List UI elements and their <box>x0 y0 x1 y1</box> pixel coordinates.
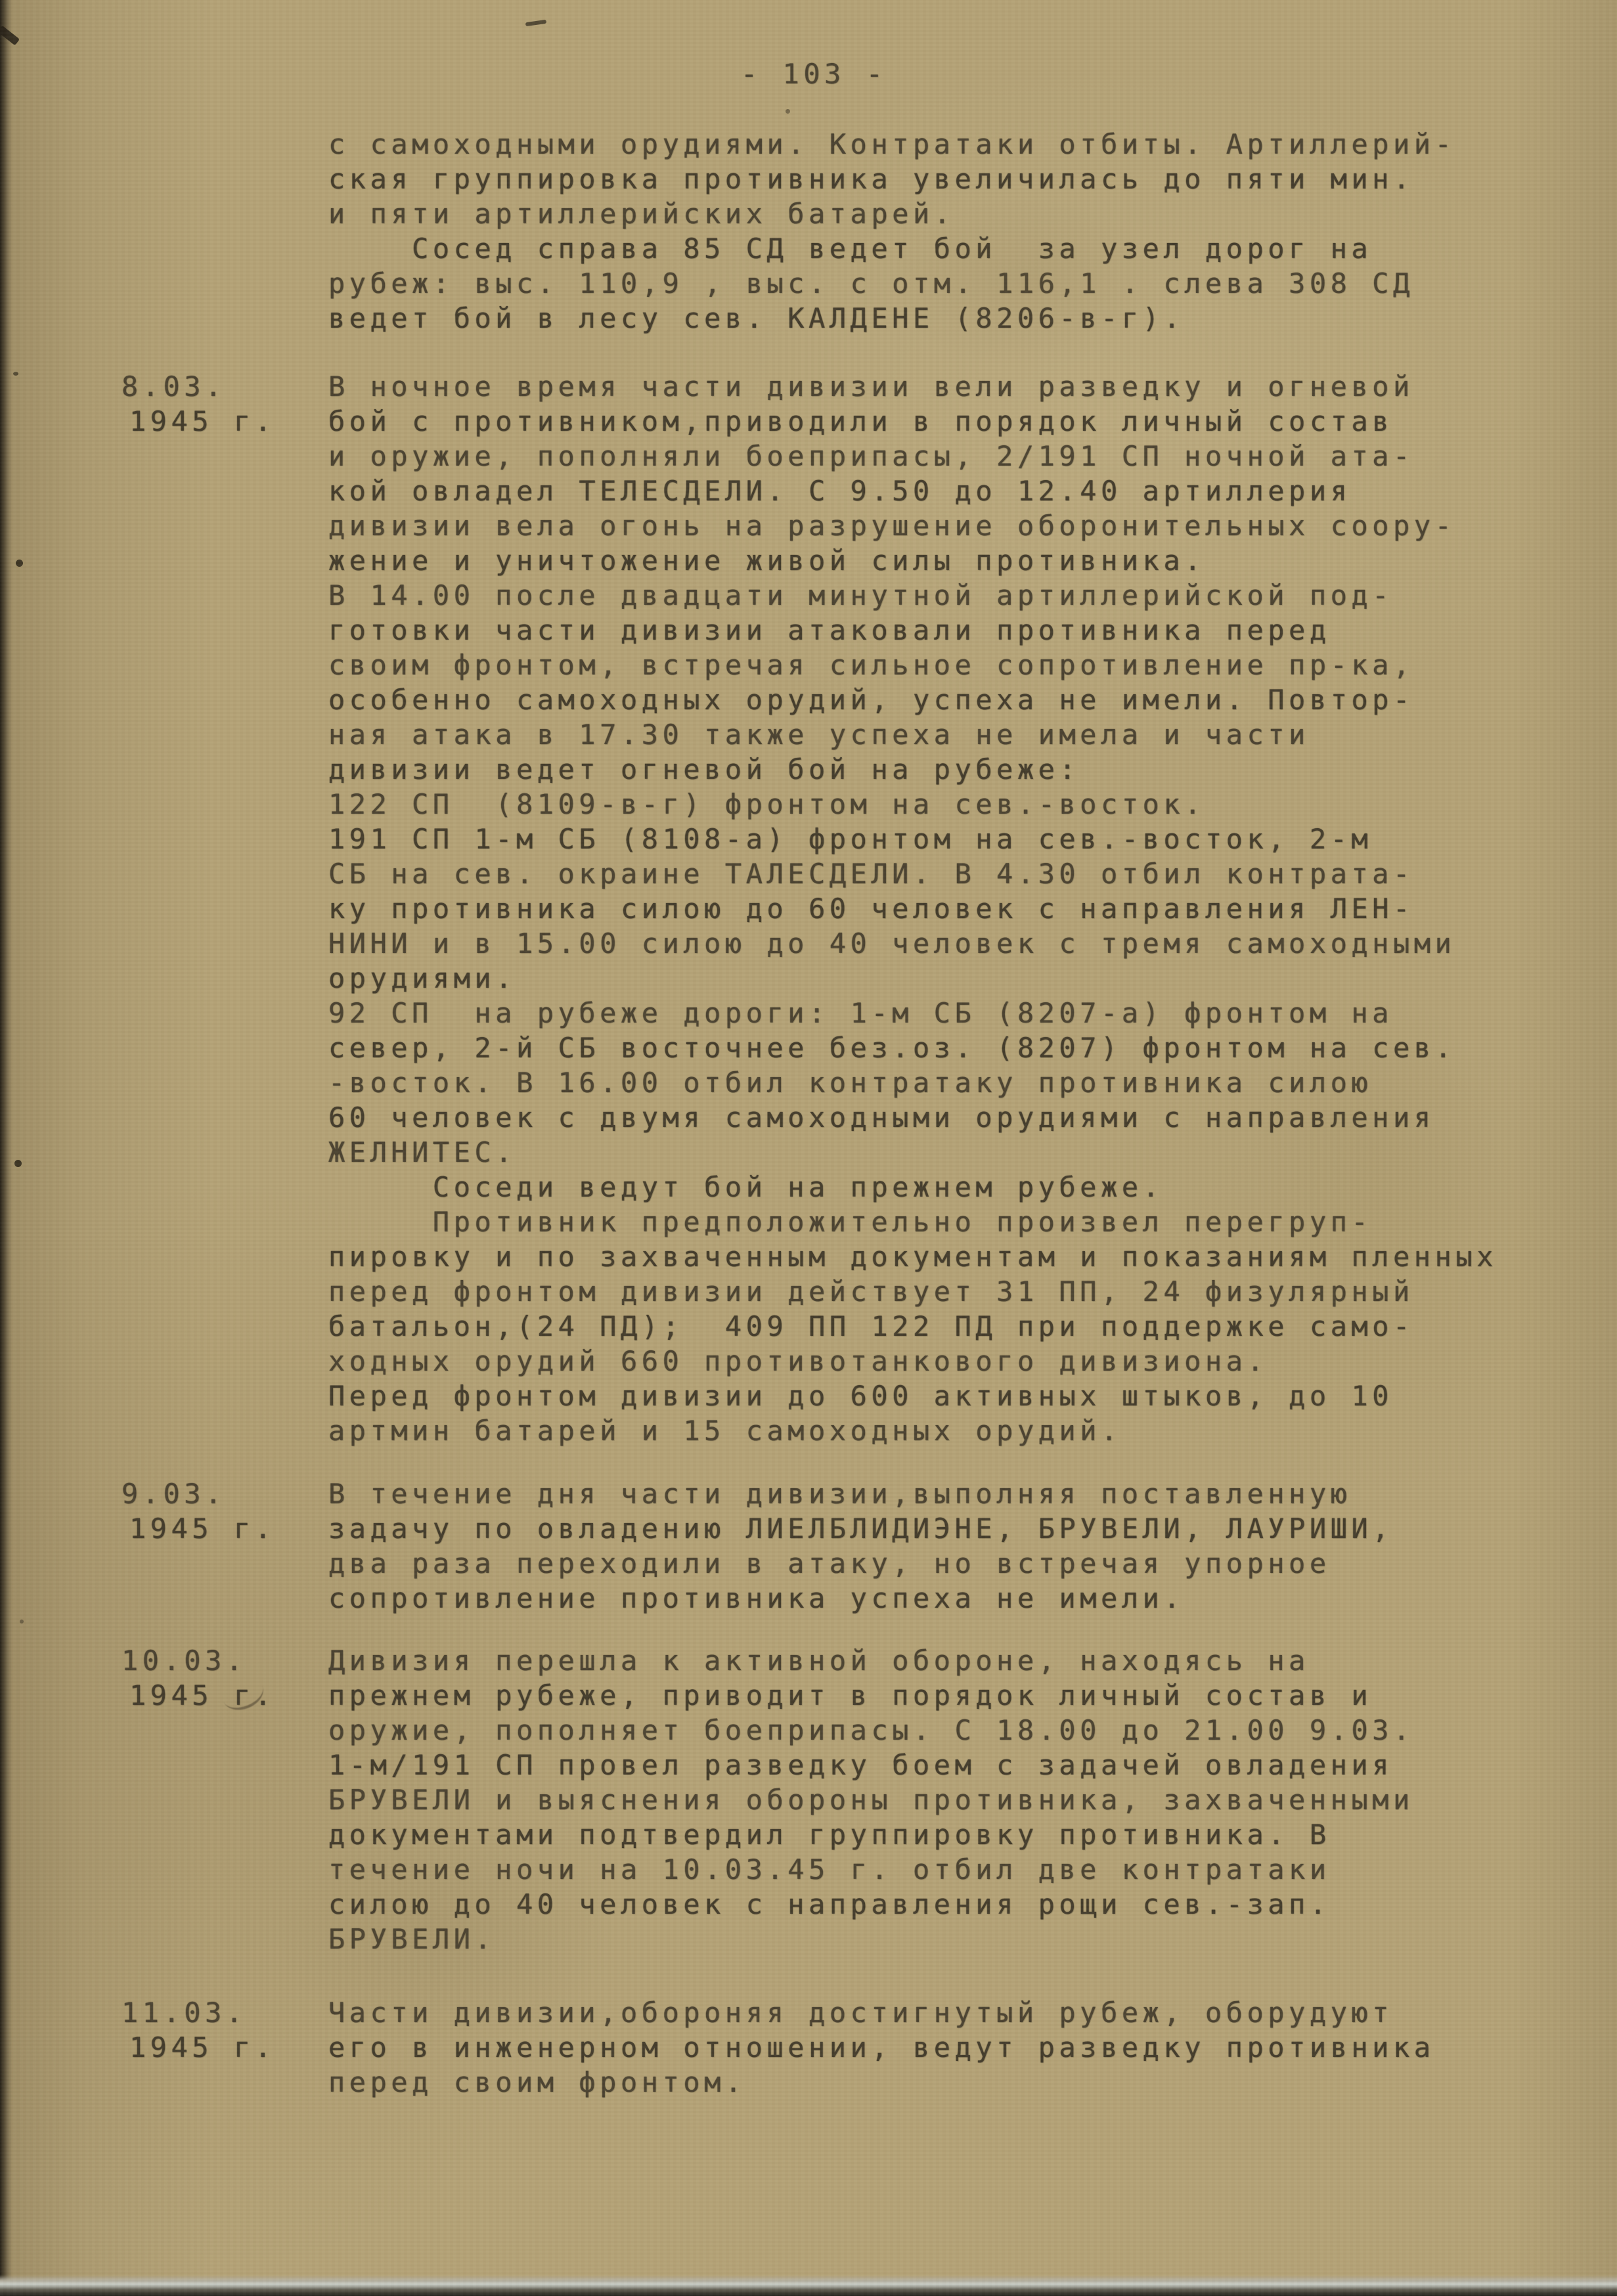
text-line: 92 СП на рубеже дороги: 1-м СБ (8207-а) … <box>328 996 1497 1030</box>
entry-text: Части дивизии,обороняя достигнутый рубеж… <box>328 1995 1435 2100</box>
entry-year: 1945 г. <box>122 1511 276 1546</box>
ink-speck <box>13 372 18 376</box>
text-line: дивизии вела огонь на разрушение оборони… <box>328 508 1497 543</box>
text-line: жение и уничтожение живой силы противник… <box>328 543 1497 578</box>
entry-date-column: 8.03. 1945 г. <box>122 369 276 439</box>
text-line: кой овладел ТЕЛЕСДЕЛИ. С 9.50 до 12.40 а… <box>328 474 1497 508</box>
text-line: ная атака в 17.30 также успеха не имела … <box>328 717 1497 752</box>
text-line: батальон,(24 ПД); 409 ПП 122 ПД при подд… <box>328 1309 1497 1344</box>
text-line: силою до 40 человек с направления рощи с… <box>328 1887 1414 1922</box>
entry-text: Дивизия перешла к активной обороне, нахо… <box>328 1643 1414 1956</box>
text-line: перед своим фронтом. <box>328 2065 1435 2100</box>
text-line: 1-м/191 СП провел разведку боем с задаче… <box>328 1748 1414 1782</box>
text-line: задачу по овладению ЛИЕЛБЛИДИЭНЕ, БРУВЕЛ… <box>328 1511 1393 1546</box>
text-line: его в инженерном отношении, ведут развед… <box>328 2030 1435 2065</box>
text-line: перед фронтом дивизии действует 31 ПП, 2… <box>328 1274 1497 1309</box>
entry-date: 10.03. <box>122 1643 276 1678</box>
scan-left-edge <box>0 0 12 2296</box>
text-line: север, 2-й СБ восточнее без.оз. (8207) ф… <box>328 1030 1497 1065</box>
text-line: пировку и по захваченным документам и по… <box>328 1239 1497 1274</box>
text-line: сопротивление противника успеха не имели… <box>328 1581 1393 1616</box>
ink-speck <box>786 109 790 114</box>
text-line: СБ на сев. окраине ТАЛЕСДЕЛИ. В 4.30 отб… <box>328 856 1497 891</box>
text-line: два раза переходили в атаку, но встречая… <box>328 1546 1393 1581</box>
text-line: с самоходными орудиями. Контратаки отбит… <box>328 127 1455 162</box>
text-line: 60 человек с двумя самоходными орудиями … <box>328 1100 1497 1135</box>
text-line: Противник предположительно произвел пере… <box>328 1204 1497 1239</box>
binding-hole <box>16 560 23 567</box>
text-line: Соседи ведут бой на прежнем рубеже. <box>328 1170 1497 1204</box>
text-line: НИНИ и в 15.00 силою до 40 человек с тре… <box>328 926 1497 961</box>
text-line: ская группировка противника увеличилась … <box>328 162 1455 196</box>
entry-text: В течение дня части дивизии,выполняя пос… <box>328 1476 1393 1616</box>
stray-dash-mark <box>525 20 547 26</box>
text-line: В ночное время части дивизии вели развед… <box>328 369 1497 404</box>
text-line: документами подтвердил группировку проти… <box>328 1817 1414 1852</box>
text-line: особенно самоходных орудий, успеха не им… <box>328 682 1497 717</box>
entry-text: В ночное время части дивизии вели развед… <box>328 369 1497 1448</box>
text-line: оружие, пополняет боеприпасы. С 18.00 до… <box>328 1713 1414 1748</box>
text-line: своим фронтом, встречая сильное сопротив… <box>328 648 1497 682</box>
text-line: готовки части дивизии атаковали противни… <box>328 613 1497 648</box>
text-line: артмин батарей и 15 самоходных орудий. <box>328 1413 1497 1448</box>
entry-date-column: 9.03. 1945 г. <box>122 1476 276 1546</box>
text-line: и пяти артиллерийских батарей. <box>328 196 1455 231</box>
text-line: ведет бой в лесу сев. КАЛДЕНЕ (8206-в-г)… <box>328 301 1455 336</box>
text-line: ЖЕЛНИТЕС. <box>328 1135 1497 1170</box>
text-line: Дивизия перешла к активной обороне, нахо… <box>328 1643 1414 1678</box>
text-line: бой с противником,приводили в порядок ли… <box>328 404 1497 439</box>
entry-year: 1945 г. <box>122 404 276 439</box>
text-line: орудиями. <box>328 961 1497 996</box>
entry-date: 11.03. <box>122 1995 276 2030</box>
text-line: ходных орудий 660 противотанкового дивиз… <box>328 1344 1497 1379</box>
text-line: -восток. В 16.00 отбил контратаку против… <box>328 1065 1497 1100</box>
text-line: Перед фронтом дивизии до 600 активных шт… <box>328 1379 1497 1413</box>
text-line: ку противника силою до 60 человек с напр… <box>328 891 1497 926</box>
text-line: 122 СП (8109-в-г) фронтом на сев.-восток… <box>328 787 1497 822</box>
entry-date: 8.03. <box>122 369 276 404</box>
scan-bottom-edge <box>0 2275 1617 2296</box>
text-line: прежнем рубеже, приводит в порядок личны… <box>328 1678 1414 1713</box>
text-line: и оружие, пополняли боеприпасы, 2/191 СП… <box>328 439 1497 474</box>
text-line: 191 СП 1-м СБ (8108-а) фронтом на сев.-в… <box>328 822 1497 856</box>
text-line: Части дивизии,обороняя достигнутый рубеж… <box>328 1995 1435 2030</box>
text-line: В течение дня части дивизии,выполняя пос… <box>328 1476 1393 1511</box>
text-line: течение ночи на 10.03.45 г. отбил две ко… <box>328 1852 1414 1887</box>
text-line: дивизии ведет огневой бой на рубеже: <box>328 752 1497 787</box>
entry-year: 1945 г. <box>122 2030 276 2065</box>
binding-hole <box>14 1160 22 1167</box>
text-line: БРУВЕЛИ. <box>328 1922 1414 1956</box>
entry-date: 9.03. <box>122 1476 276 1511</box>
page-number: - 103 - <box>741 56 887 91</box>
scanned-war-diary-page: - 103 - с самоходными орудиями. Контрата… <box>0 0 1617 2296</box>
text-line: В 14.00 после двадцати минутной артиллер… <box>328 578 1497 613</box>
text-line: рубеж: выс. 110,9 , выс. с отм. 116,1 . … <box>328 266 1455 301</box>
entry-date-column: 11.03. 1945 г. <box>122 1995 276 2065</box>
text-line: Сосед справа 85 СД ведет бой за узел дор… <box>328 231 1455 266</box>
carryover-paragraph: с самоходными орудиями. Контратаки отбит… <box>328 127 1455 336</box>
ink-speck <box>20 1620 24 1623</box>
text-line: БРУВЕЛИ и выяснения обороны противника, … <box>328 1782 1414 1817</box>
